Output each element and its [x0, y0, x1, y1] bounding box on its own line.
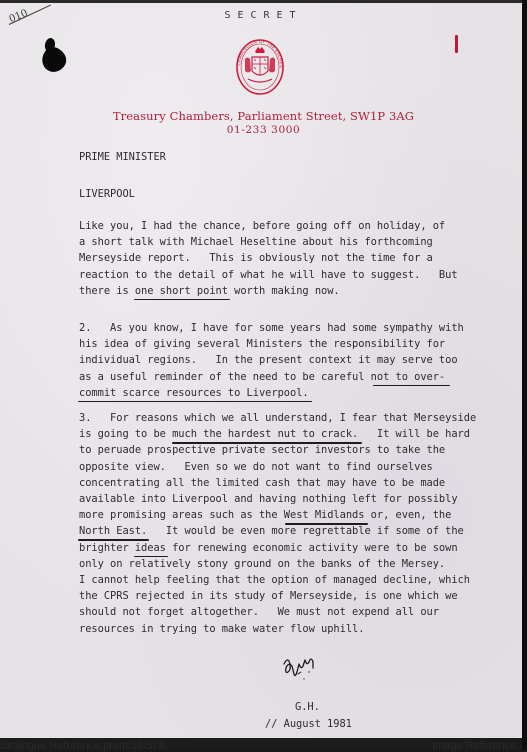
body-line: as a useful reminder of the need to be c… — [79, 371, 445, 383]
body-line: the CPRS rejected in its study of Mersey… — [79, 590, 458, 602]
body-line: concentrating all the limited cash that … — [79, 477, 445, 489]
handwritten-underline — [78, 401, 312, 402]
body-line: I cannot help feeling that the option of… — [79, 574, 470, 586]
document-page: SECRET 010 CHANCELLOR OF THE EXCHEQUER T… — [0, 0, 522, 738]
classification-label: SECRET — [0, 10, 522, 21]
body-line: 3. For reasons which we all understand, … — [79, 412, 476, 424]
letterhead-address: Treasury Chambers, Parliament Street, SW… — [0, 109, 522, 123]
body-line: more promising areas such as the West Mi… — [79, 509, 451, 521]
red-pen-mark — [455, 35, 458, 53]
catalogue-reference: Catalogue Reference:prem/19/578 — [0, 740, 165, 750]
image-reference: Image Reference — [432, 740, 516, 750]
signature-initials: G.H. — [295, 701, 320, 713]
handwritten-underline — [373, 385, 450, 386]
handwritten-underline — [172, 442, 362, 443]
body-line: commit scarce resources to Liverpool. — [79, 387, 309, 399]
body-line: brighter ideas for renewing economic act… — [79, 542, 458, 554]
body-line: opposite view. Even so we do not want to… — [79, 461, 433, 473]
body-line: should not forget altogether. We must no… — [79, 606, 439, 618]
body-line: available into Liverpool and having noth… — [79, 493, 458, 505]
body-line: is going to be much the hardest nut to c… — [79, 428, 470, 440]
body-line: resources in trying to make water flow u… — [79, 623, 364, 635]
body-line: a short talk with Michael Heseltine abou… — [79, 236, 433, 248]
handwritten-underline — [134, 299, 230, 300]
body-line: North East. It would be even more regret… — [79, 525, 464, 537]
subject-heading: LIVERPOOL — [79, 188, 135, 200]
handwritten-underline — [134, 556, 167, 557]
letterhead-phone: 01-233 3000 — [0, 124, 522, 136]
ink-blot-mark — [38, 44, 71, 77]
document-date: // August 1981 — [265, 718, 352, 730]
addressee: PRIME MINISTER — [79, 151, 166, 163]
body-line: individual regions. In the present conte… — [79, 354, 458, 366]
body-line: only on relatively stony ground on the b… — [79, 558, 445, 570]
body-line: to peruade prospective private sector in… — [79, 444, 445, 456]
body-line: Like you, I had the chance, before going… — [79, 220, 445, 232]
handwritten-underline — [285, 523, 369, 524]
handwritten-underline — [78, 539, 149, 540]
body-line: reaction to the detail of what he will h… — [79, 269, 458, 281]
body-line: there is one short point worth making no… — [79, 285, 340, 297]
handwritten-signature — [280, 652, 330, 682]
chancellor-seal-icon: CHANCELLOR OF THE EXCHEQUER — [230, 37, 290, 95]
scan-top-edge — [0, 0, 522, 3]
body-line: his idea of giving several Ministers the… — [79, 338, 445, 350]
scan-right-edge — [522, 0, 527, 750]
body-line: Merseyside report. This is obviously not… — [79, 252, 433, 264]
body-line: 2. As you know, I have for some years ha… — [79, 322, 464, 334]
